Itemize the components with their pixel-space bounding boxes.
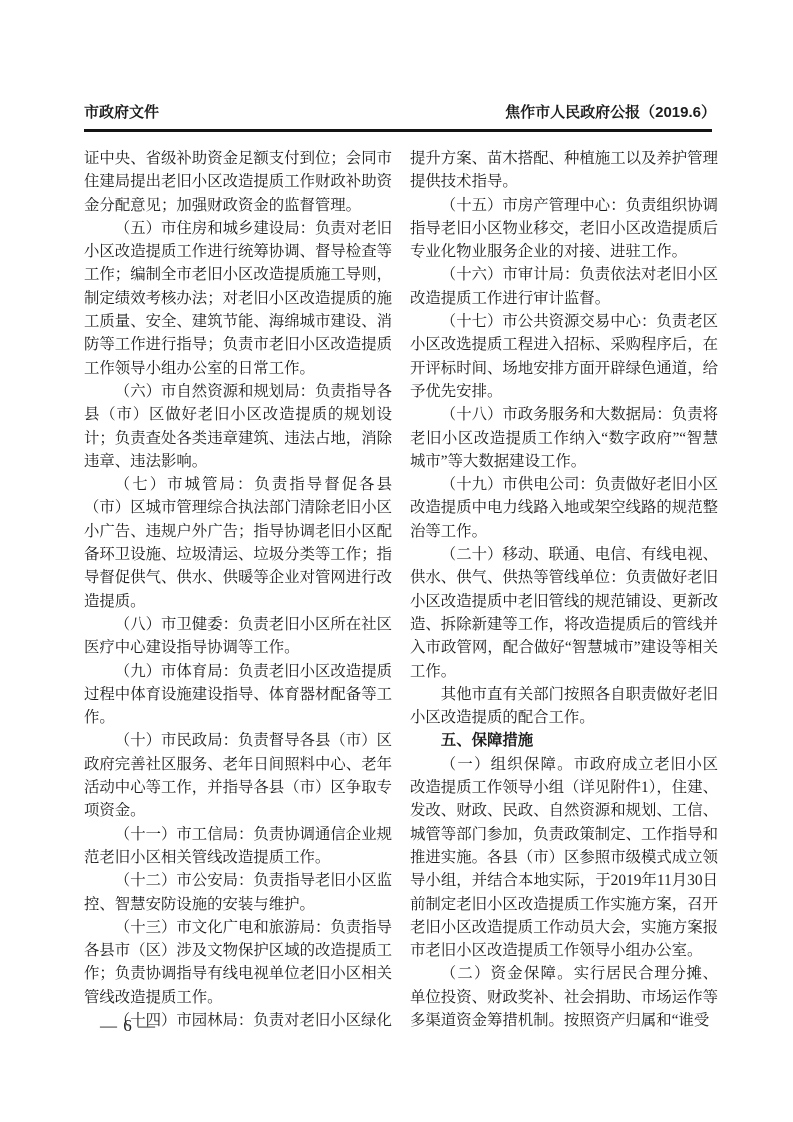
right-column: 提升方案、苗木搭配、种植施工以及养护管理提供技术指导。（十五）市房产管理中心：负… bbox=[410, 147, 718, 1032]
paragraph-lead: （二）资金保障。 bbox=[441, 965, 574, 982]
header-divider bbox=[84, 129, 712, 132]
document-page: 市政府文件 焦作市人民政府公报（2019.6） 证中央、省级补助资金足额支付到位… bbox=[0, 0, 793, 1122]
paragraph: （二十）移动、联通、电信、有线电视、供水、供气、供热等管线单位：负责做好老旧小区… bbox=[410, 543, 718, 683]
header-left-title: 市政府文件 bbox=[84, 102, 159, 124]
paragraph: （十八）市政务服务和大数据局：负责将老旧小区改造提质工作纳入“数字政府”“智慧城… bbox=[410, 403, 718, 473]
paragraph-lead: （一）组织保障。 bbox=[441, 756, 574, 773]
paragraph: （七）市城管局：负责指导督促各县（市）区城市管理综合执法部门清除老旧小区小广告、… bbox=[84, 473, 392, 613]
header-right-title: 焦作市人民政府公报（2019.6） bbox=[505, 102, 716, 124]
paragraph: （十九）市供电公司：负责做好老旧小区改造提质中电力线路入地或架空线路的规范整治等… bbox=[410, 473, 718, 543]
page-number: — 6 — bbox=[100, 1016, 156, 1036]
body-columns: 证中央、省级补助资金足额支付到位；会同市住建局提出老旧小区改造提质工作财政补助资… bbox=[84, 147, 718, 1032]
paragraph: （六）市自然资源和规划局：负责指导各县（市）区做好老旧小区改造提质的规划设计；负… bbox=[84, 380, 392, 473]
paragraph: （十五）市房产管理中心：负责组织协调指导老旧小区物业移交，老旧小区改造提质后专业… bbox=[410, 194, 718, 264]
paragraph: 提升方案、苗木搭配、种植施工以及养护管理提供技术指导。 bbox=[410, 147, 718, 194]
paragraph: 证中央、省级补助资金足额支付到位；会同市住建局提出老旧小区改造提质工作财政补助资… bbox=[84, 147, 392, 217]
paragraph: （十）市民政局：负责督导各县（市）区政府完善社区服务、老年日间照料中心、老年活动… bbox=[84, 729, 392, 822]
paragraph: （八）市卫健委：负责老旧小区所在社区医疗中心建设指导协调等工作。 bbox=[84, 613, 392, 660]
paragraph: （九）市体育局：负责老旧小区改造提质过程中体育设施建设指导、体育器材配备等工作。 bbox=[84, 660, 392, 730]
paragraph: （五）市住房和城乡建设局：负责对老旧小区改造提质工作进行统筹协调、督导检查等工作… bbox=[84, 217, 392, 380]
left-column: 证中央、省级补助资金足额支付到位；会同市住建局提出老旧小区改造提质工作财政补助资… bbox=[84, 147, 392, 1032]
paragraph: （一）组织保障。市政府成立老旧小区改造提质工作领导小组（详见附件1），住建、发改… bbox=[410, 753, 718, 963]
paragraph: （十二）市公安局：负责指导老旧小区监控、智慧安防设施的安装与维护。 bbox=[84, 869, 392, 916]
page-header: 市政府文件 焦作市人民政府公报（2019.6） bbox=[84, 102, 716, 124]
paragraph: （十六）市审计局：负责依法对老旧小区改造提质工作进行审计监督。 bbox=[410, 263, 718, 310]
paragraph: （十一）市工信局：负责协调通信企业规范老旧小区相关管线改造提质工作。 bbox=[84, 823, 392, 870]
paragraph: （十三）市文化广电和旅游局：负责指导各县市（区）涉及文物保护区域的改造提质工作；… bbox=[84, 916, 392, 1009]
paragraph: （二）资金保障。实行居民合理分摊、单位投资、财政奖补、社会捐助、市场运作等多渠道… bbox=[410, 962, 718, 1032]
section-heading: 五、保障措施 bbox=[410, 729, 718, 752]
paragraph: （十七）市公共资源交易中心：负责老区小区改选提质工程进入招标、采购程序后，在开评… bbox=[410, 310, 718, 403]
paragraph: 其他市直有关部门按照各自职责做好老旧小区改造提质的配合工作。 bbox=[410, 683, 718, 730]
